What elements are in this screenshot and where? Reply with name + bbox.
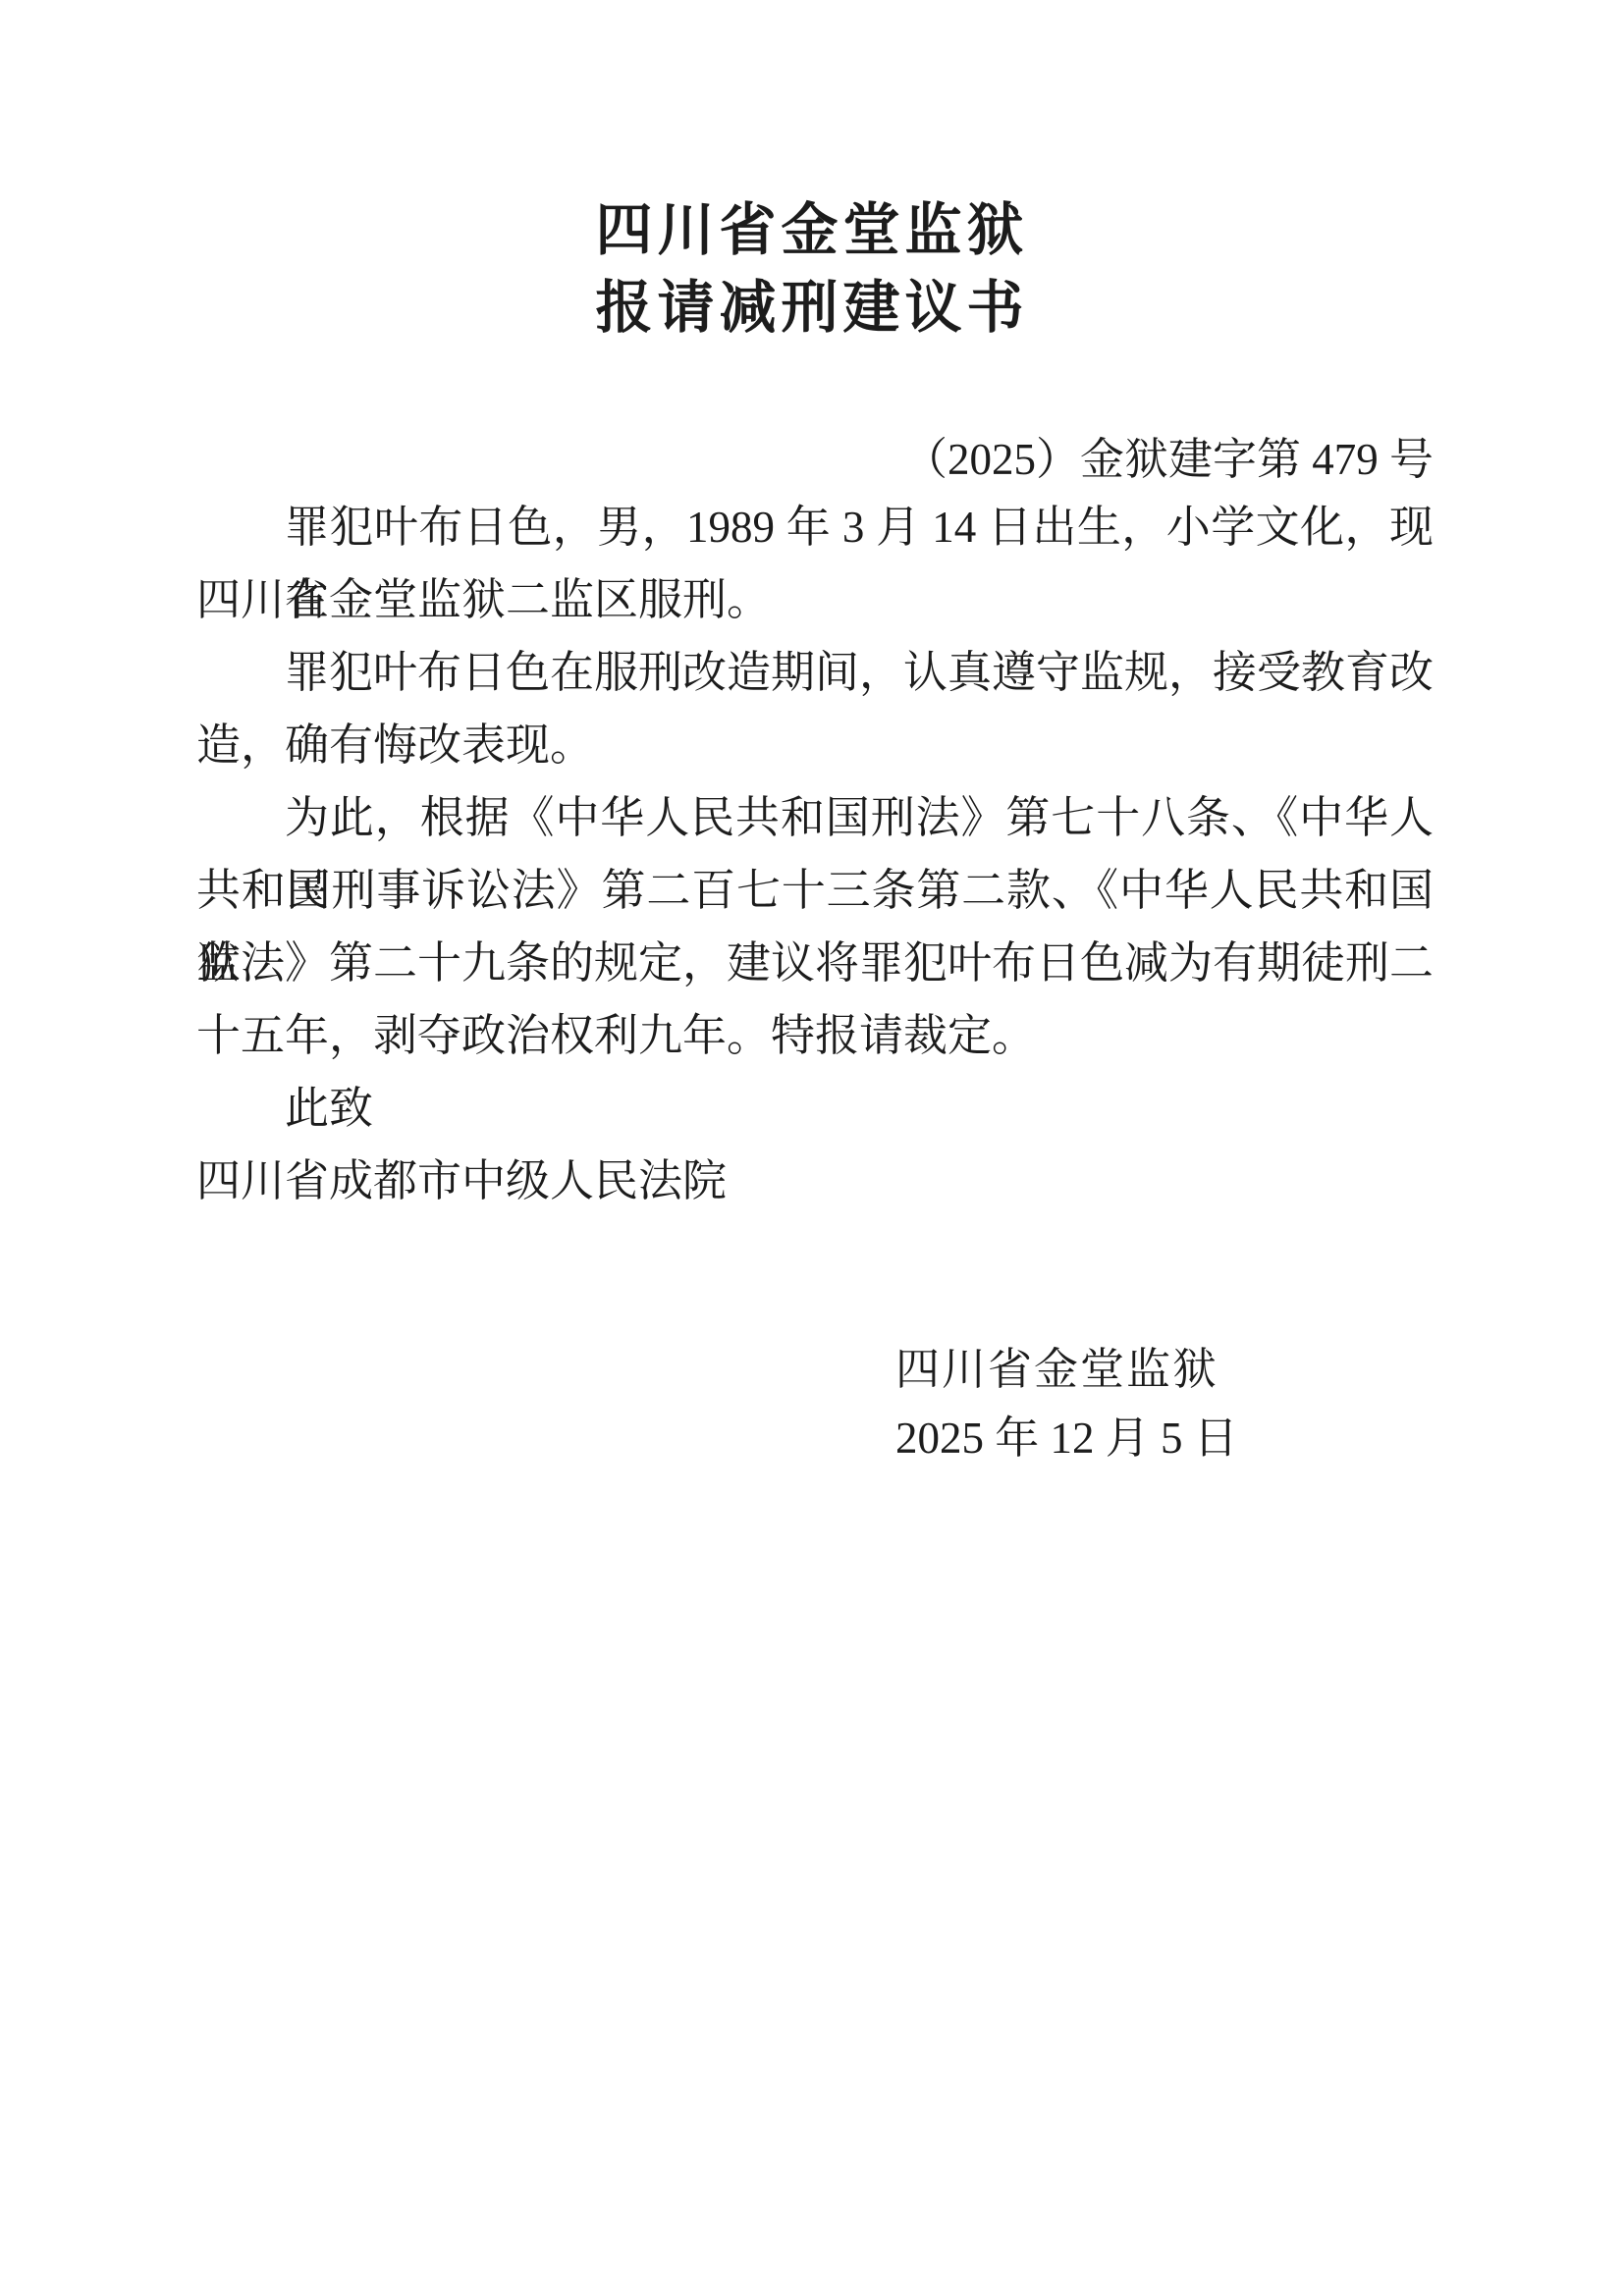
- document-title: 四川省金堂监狱 报请减刑建议书: [0, 191, 1624, 347]
- closing-salutation: 此致: [196, 1072, 1434, 1145]
- body-line: 为此，根据《中华人民共和国刑法》第七十八条、《中华人民: [196, 781, 1434, 854]
- body-line: 罪犯叶布日色在服刑改造期间，认真遵守监规，接受教育改: [196, 636, 1434, 709]
- body-line: 四川省金堂监狱二监区服刑。: [196, 563, 1434, 636]
- body-line: 造，确有悔改表现。: [196, 709, 1434, 781]
- signature-org: 四川省金堂监狱: [895, 1333, 1218, 1406]
- signature-date: 2025 年 12 月 5 日: [895, 1402, 1238, 1474]
- doc-number: （2025）金狱建字第 479 号: [903, 423, 1434, 496]
- title-line-prison-name: 四川省金堂监狱: [0, 191, 1624, 269]
- body-line: 狱法》第二十九条的规定，建议将罪犯叶布日色减为有期徒刑二: [196, 927, 1434, 999]
- body-line: 十五年，剥夺政治权利九年。特报请裁定。: [196, 999, 1434, 1072]
- document-page: 四川省金堂监狱 报请减刑建议书 （2025）金狱建字第 479 号 罪犯叶布日色…: [0, 0, 1624, 2296]
- document-body: 罪犯叶布日色，男，1989 年 3 月 14 日出生，小学文化，现在 四川省金堂…: [196, 491, 1434, 1217]
- body-line: 罪犯叶布日色，男，1989 年 3 月 14 日出生，小学文化，现在: [196, 491, 1434, 563]
- title-line-document-type: 报请减刑建议书: [0, 269, 1624, 347]
- recipient-court: 四川省成都市中级人民法院: [196, 1145, 1434, 1217]
- body-line: 共和国刑事诉讼法》第二百七十三条第二款、《中华人民共和国监: [196, 854, 1434, 927]
